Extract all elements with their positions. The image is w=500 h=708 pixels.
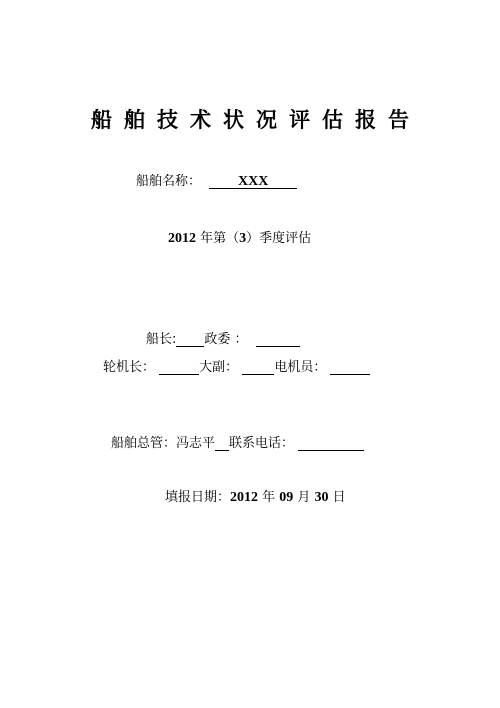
date-month: 09 [279, 490, 293, 505]
date-month-unit: 月 [293, 490, 314, 505]
commissar-field[interactable] [256, 332, 300, 347]
chief-officer-label: 大副： [199, 360, 238, 375]
date-day-unit: 日 [329, 490, 346, 505]
commissar-label: 政委 ： [204, 332, 247, 347]
phone-field[interactable] [298, 436, 364, 451]
ship-name-label: 船舶名称： [136, 174, 201, 189]
manager-blank [215, 436, 229, 451]
chief-engineer-label: 轮机长： [103, 360, 155, 375]
phone-label: 联系电话： [229, 436, 294, 451]
manager-value: 冯志平 [176, 436, 215, 451]
electrician-label: 电机员： [274, 360, 326, 375]
date-year-unit: 年 [258, 490, 279, 505]
chief-officer-field[interactable] [242, 360, 274, 375]
assessment-period: 2012 年第（3）季度评估 [168, 227, 311, 247]
date-year: 2012 [230, 490, 258, 505]
ship-name-row: 船舶名称： XXX [136, 170, 297, 189]
date-day: 30 [315, 490, 329, 505]
ship-name-field[interactable]: XXX [209, 174, 297, 189]
chief-engineer-field[interactable] [159, 360, 199, 375]
captain-field[interactable] [176, 332, 204, 347]
period-year: 2012 [168, 231, 196, 246]
captain-label: 船长: [146, 332, 176, 347]
date-label: 填报日期： [165, 490, 230, 505]
electrician-field[interactable] [330, 360, 370, 375]
period-text-a: 年第（ [200, 231, 239, 246]
manager-label: 船舶总管： [111, 436, 176, 451]
report-title: 船舶技术状况评估报告 [0, 104, 500, 134]
captain-row: 船长:政委 ： [146, 328, 300, 347]
officers-row: 轮机长： 大副： 电机员： [103, 356, 370, 375]
period-text-b: ）季度评估 [246, 231, 311, 246]
manager-row: 船舶总管：冯志平联系电话： [111, 432, 364, 451]
fill-date-row: 填报日期：2012 年 09 月 30 日 [165, 486, 346, 506]
